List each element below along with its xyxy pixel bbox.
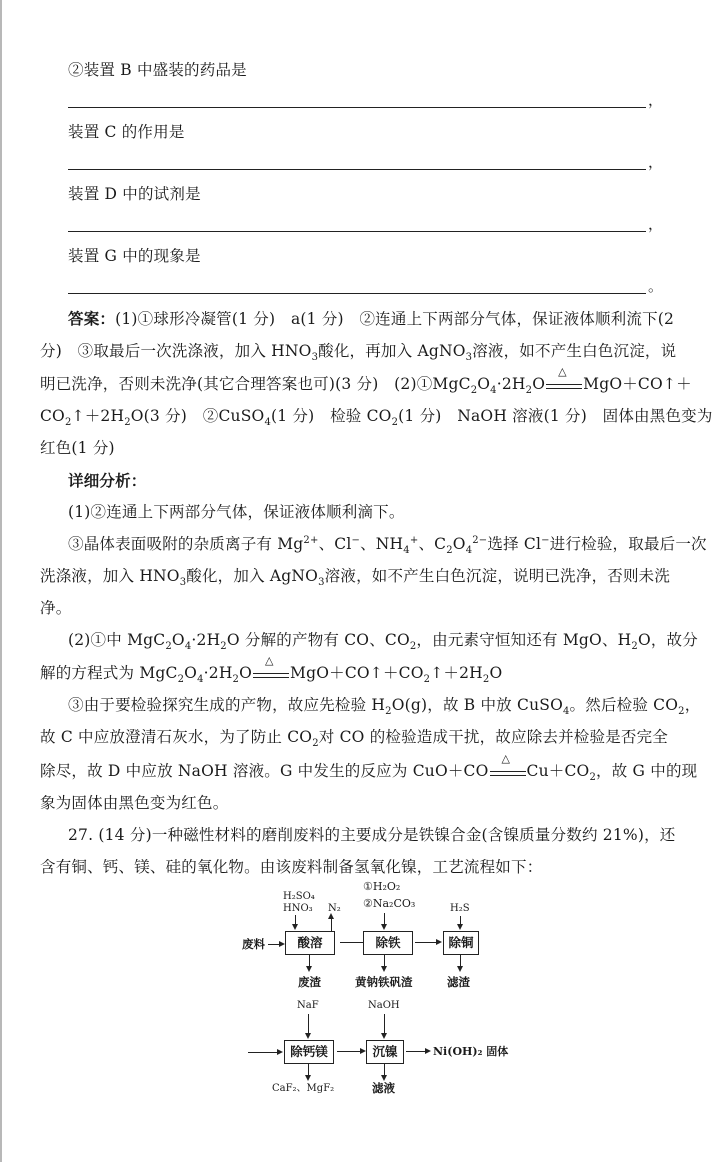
flow-box-acid-dissolve: 酸溶 [285,931,335,955]
question-d-prompt: 装置 D 中的试剂是 [68,184,708,204]
question-c-prompt: 装置 C 的作用是 [68,122,708,142]
reagent-naf: NaF [297,999,319,1012]
answer-line-4: CO2↑＋2H2O(3 分) ②CuSO4(1 分) 检验 CO2(1 分) N… [40,406,680,426]
arrow-right-icon [436,939,442,945]
question-b-prompt: ②装置 B 中盛装的药品是 [68,60,708,80]
analysis-paragraph-2-end: 净。 [40,598,680,618]
answer-line-2: 分) ③取最后一次洗涤液，加入 HNO3酸化，再加入 AgNO3溶液，如不产生白… [40,341,680,361]
analysis-paragraph-2-cont: 洗涤液，加入 HNO3酸化，加入 AgNO3溶液，如不产生白色沉淀，说明已洗净，… [40,566,680,586]
analysis-equation-line: 解的方程式为 MgC2O4·2H2O△MgO＋CO↑＋CO2↑＋2H2O [40,663,680,683]
blank-punctuation: 。 [648,275,663,296]
flow-box-remove-copper: 除铜 [443,931,479,955]
answer-line-1: 答案：(1)①球形冷凝管(1 分) a(1 分) ②连通上下两部分气体，保证液体… [68,309,708,329]
arrow-down-icon [381,1033,387,1039]
blank-underline [68,169,646,170]
analysis-paragraph-4-end: 象为固体由黑色变为红色。 [40,793,680,813]
analysis-paragraph-4: ③由于要检验探究生成的产物，故应先检验 H2O(g)，故 B 中放 CuSO4。… [68,695,708,715]
arrow-down-icon [306,966,312,972]
blank-underline [68,293,646,294]
arrow-down-icon [305,1033,311,1039]
answer-line-3: 明已洗净，否则未洗净(其它合理答案也可)(3 分) (2)①MgC2O4·2H2… [40,374,680,394]
answer-line-5: 红色(1 分) [40,438,680,458]
arrow-down-icon [292,924,298,930]
blank-punctuation: ， [648,213,663,234]
arrow-up-icon [328,913,334,919]
reagent-na2co3: ②Na₂CO₃ [363,897,415,910]
heating-condition-sign: △ [546,378,582,392]
blank-underline [68,231,646,232]
arrow-right-icon [425,1048,431,1054]
flow-output-waste-residue: 废渣 [298,976,321,989]
document-page: ②装置 B 中盛装的药品是 ， 装置 C 的作用是 ， 装置 D 中的试剂是 ，… [0,0,720,1162]
blank-underline [68,107,646,108]
question-27-line-1: 27. (14 分)一种磁性材料的磨削废料的主要成分是铁镍合金(含镍质量分数约 … [68,825,708,845]
answer-blank-g[interactable]: 。 [68,276,658,296]
reagent-h2s: H₂S [450,902,470,915]
flow-final-product: Ni(OH)₂ 固体 [433,1045,508,1058]
reagent-hno3: HNO₃ [283,902,313,915]
flow-output-jarosite-residue: 黄钠铁矾渣 [355,976,413,989]
answer-label: 答案： [68,309,115,328]
reagent-h2o2: ①H₂O₂ [363,880,400,893]
flow-input-label: 废料 [242,938,265,951]
answer-blank-b[interactable]: ， [68,90,658,110]
flow-output-caf2-mgf2: CaF₂、MgF₂ [272,1082,334,1095]
question-g-prompt: 装置 G 中的现象是 [68,246,708,266]
process-flow-diagram: 废料 酸溶 H₂SO₄ HNO₃ N₂ 废渣 除铁 ①H₂O₂ ②Na₂CO₃ … [230,880,520,1095]
flow-output-filter-residue: 滤渣 [447,976,470,989]
analysis-paragraph-2: ③晶体表面吸附的杂质离子有 Mg2+、Cl−、NH4+、C2O42−选择 Cl−… [68,534,708,554]
arrow-down-icon [381,966,387,972]
flow-box-remove-ca-mg: 除钙镁 [284,1040,334,1064]
arrow-down-icon [457,924,463,930]
arrow-down-icon [381,924,387,930]
analysis-paragraph-3: (2)①中 MgC2O4·2H2O 分解的产物有 CO、CO2，由元素守恒知还有… [68,630,708,650]
flow-output-filtrate: 滤液 [372,1082,395,1095]
answer-blank-c[interactable]: ， [68,152,658,172]
reagent-naoh: NaOH [368,999,400,1012]
arrow-down-icon [305,1075,311,1081]
heating-condition-sign: △ [253,667,289,681]
analysis-paragraph-1: (1)②连通上下两部分气体，保证液体顺利滴下。 [68,502,708,522]
analysis-paragraph-4-cont: 故 C 中应放澄清石灰水，为了防止 CO2对 CO 的检验造成干扰，故应除去并检… [40,727,680,747]
blank-punctuation: ， [648,89,663,110]
answer-blank-d[interactable]: ， [68,214,658,234]
analysis-paragraph-4-equation: 除尽，故 D 中应放 NaOH 溶液。G 中发生的反应为 CuO＋CO△Cu＋C… [40,761,680,781]
arrow-right-icon [277,1049,283,1055]
flow-box-remove-iron: 除铁 [363,931,413,955]
blank-punctuation: ， [648,151,663,172]
analysis-title: 详细分析： [68,471,708,491]
question-27-line-2: 含有铜、钙、镁、硅的氧化物。由该废料制备氢氧化镍，工艺流程如下： [40,857,680,877]
heating-condition-sign: △ [490,765,526,779]
arrow-down-icon [457,966,463,972]
flow-box-precipitate-nickel: 沉镍 [366,1040,404,1064]
